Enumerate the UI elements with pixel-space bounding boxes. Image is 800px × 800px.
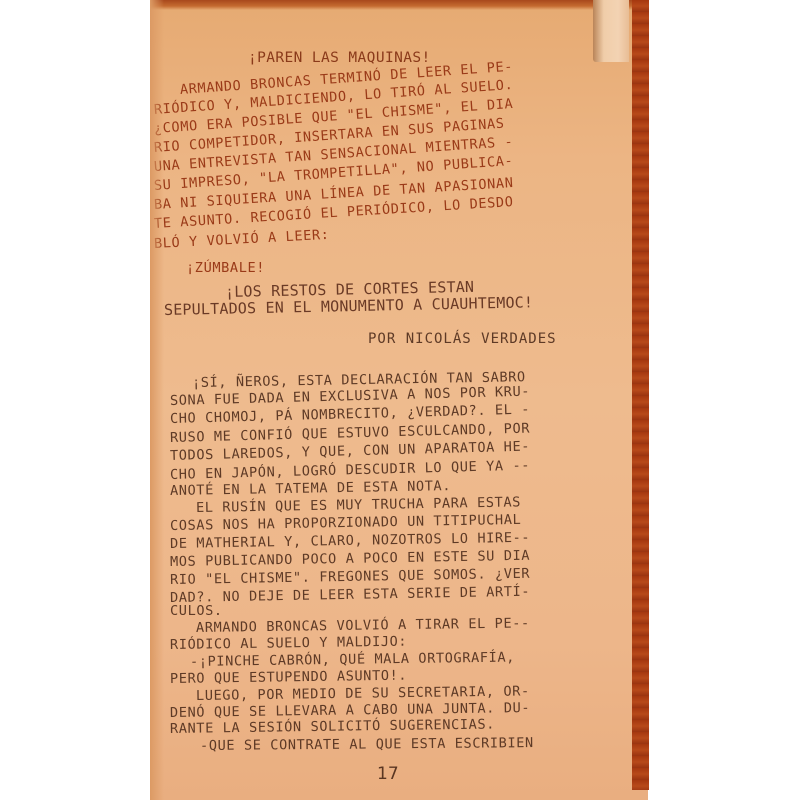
closing-line: -QUE SE CONTRATE AL QUE ESTA ESCRIBIEN — [200, 735, 534, 754]
closing-line: -¡PINCHE CABRÓN, QUÉ MALA ORTOGRAFÍA, — [190, 649, 515, 670]
byline: POR NICOLÁS VERDADES — [368, 331, 557, 347]
page-title: ¡PAREN LAS MAQUINAS! — [248, 50, 431, 66]
book-edge — [632, 0, 649, 790]
closing-line: RANTE LA SESIÓN SOLICITÓ SUGERENCIAS. — [170, 716, 495, 737]
closing-line: PERO QUE ESTUPENDO ASUNTO!. — [170, 668, 407, 687]
closing-line: RIÓDICO AL SUELO Y MALDIJO: — [170, 634, 407, 653]
book-page: ¡PAREN LAS MAQUINAS! ARMANDO BRONCAS TER… — [150, 0, 648, 800]
article-line: CULOS. — [170, 603, 223, 619]
closing-line: ARMANDO BRONCAS VOLVIÓ A TIRAR EL PE-- — [196, 615, 530, 636]
photo-stage: ¡PAREN LAS MAQUINAS! ARMANDO BRONCAS TER… — [0, 0, 800, 800]
bookmark-tab — [593, 0, 629, 62]
page-number: 17 — [377, 764, 399, 784]
section-label: ¡ZÚMBALE! — [186, 260, 265, 276]
headline-line: SEPULTADOS EN EL MONUMENTO A CUAUHTEMOC! — [164, 294, 533, 318]
intro-line: BLÓ Y VOLVIÓ A LEER: — [154, 227, 330, 252]
page-text: ¡PAREN LAS MAQUINAS! ARMANDO BRONCAS TER… — [150, 0, 648, 800]
